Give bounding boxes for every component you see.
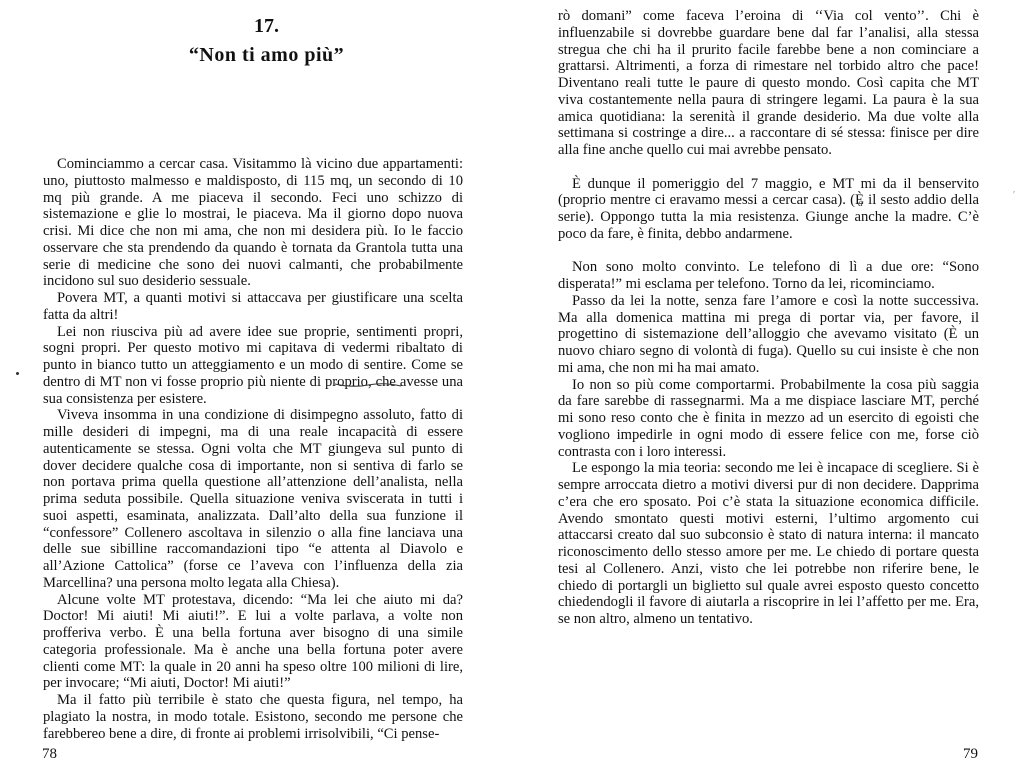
page-number: 79 bbox=[963, 746, 978, 763]
paragraph: Viveva insomma in una condizione di disi… bbox=[43, 407, 463, 591]
paragraph: È dunque il pomeriggio del 7 maggio, e M… bbox=[558, 176, 979, 243]
paragraph: Passo da lei la notte, senza fare l’amor… bbox=[558, 293, 979, 377]
paragraph: Non sono molto convinto. Le telefono di … bbox=[558, 259, 979, 293]
page-number: 78 bbox=[42, 746, 57, 763]
paragraph: Le espongo la mia teoria: secondo me lei… bbox=[558, 460, 979, 628]
left-page: 17. “Non ti amo più” Cominciammo a cerca… bbox=[0, 0, 515, 778]
paragraph: Alcune volte MT protestava, dicendo: “Ma… bbox=[43, 592, 463, 693]
margin-mark bbox=[16, 372, 19, 375]
right-page-body: rò domani” come faceva l’eroina di ‘‘Via… bbox=[558, 8, 979, 628]
handwritten-annotation: a bbox=[858, 198, 863, 209]
chapter-number: 17. bbox=[0, 15, 515, 38]
margin-mark: ′ bbox=[1013, 190, 1015, 201]
paragraph: rò domani” come faceva l’eroina di ‘‘Via… bbox=[558, 8, 979, 159]
paragraph: Ma il fatto più terribile è stato che qu… bbox=[43, 692, 463, 742]
handwritten-underline bbox=[333, 381, 403, 389]
paragraph: Lei non riusciva più ad avere idee sue p… bbox=[43, 324, 463, 408]
chapter-title: “Non ti amo più” bbox=[0, 44, 515, 67]
paragraph: Cominciammo a cercar casa. Visitammo là … bbox=[43, 156, 463, 290]
right-page: rò domani” come faceva l’eroina di ‘‘Via… bbox=[515, 0, 1030, 778]
left-page-body: Cominciammo a cercar casa. Visitammo là … bbox=[43, 156, 463, 742]
paragraph: Povera MT, a quanti motivi si attaccava … bbox=[43, 290, 463, 324]
paragraph: Io non so più come comportarmi. Probabil… bbox=[558, 377, 979, 461]
